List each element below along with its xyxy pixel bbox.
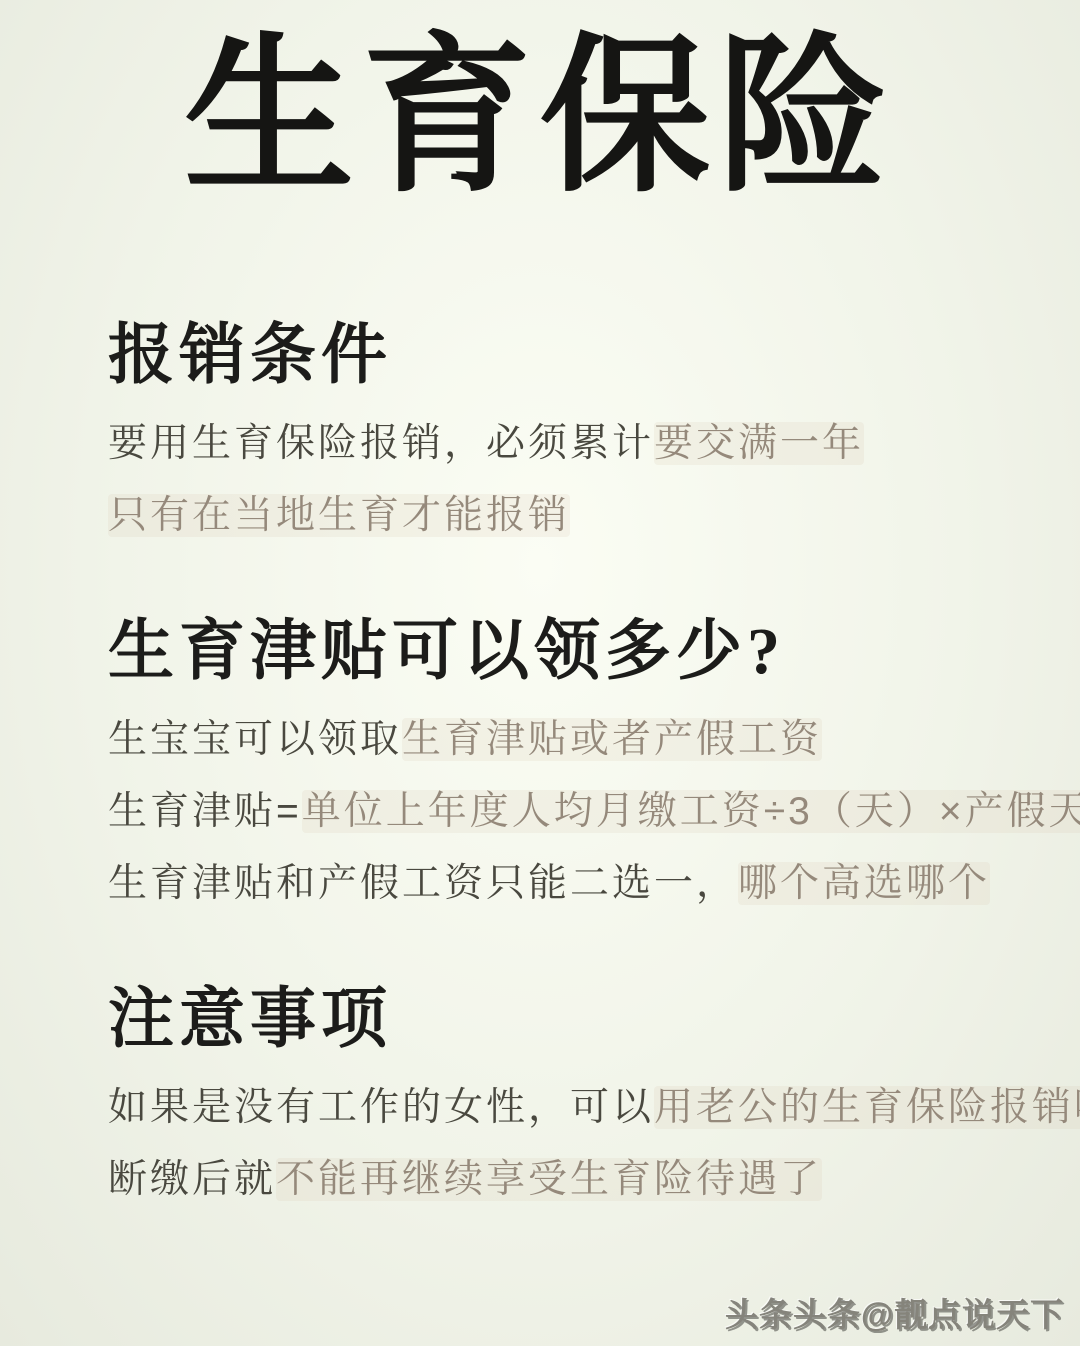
page-title: 生育保险 <box>0 0 1080 220</box>
text-line: 生育津贴和产假工资只能二选一，哪个高选哪个 <box>108 848 1040 920</box>
text-segment-highlight: 只有在当地生育才能报销 <box>108 494 570 537</box>
text-line: 只有在当地生育才能报销 <box>108 480 1040 552</box>
text-segment: 生宝宝可以领取 <box>108 718 402 761</box>
text-segment: 生育津贴= <box>108 790 302 833</box>
text-segment: 生育津贴和产假工资只能二选一， <box>108 862 738 905</box>
text-line: 生宝宝可以领取生育津贴或者产假工资 <box>108 704 1040 776</box>
text-line: 生育津贴=单位上年度人均月缴工资÷3（天）×产假天数 <box>108 776 1040 848</box>
section-reimbursement-conditions: 报销条件 要用生育保险报销，必须累计要交满一年 只有在当地生育才能报销 <box>108 318 1040 552</box>
text-segment-highlight: 哪个高选哪个 <box>738 862 990 905</box>
section-heading: 注意事项 <box>108 982 1040 1058</box>
text-line: 断缴后就不能再继续享受生育险待遇了 <box>108 1144 1040 1216</box>
text-segment-highlight: 要交满一年 <box>654 422 864 465</box>
text-segment: 断缴后就 <box>108 1158 276 1201</box>
section-heading: 报销条件 <box>108 318 1040 394</box>
content-area: 报销条件 要用生育保险报销，必须累计要交满一年 只有在当地生育才能报销 生育津贴… <box>0 318 1080 1216</box>
text-segment: 要用生育保险报销，必须累计 <box>108 422 654 465</box>
text-segment-highlight: 用老公的生育保险报销哦 <box>654 1086 1080 1129</box>
section-heading: 生育津贴可以领多少? <box>108 614 1040 690</box>
section-notes: 注意事项 如果是没有工作的女性，可以用老公的生育保险报销哦 断缴后就不能再继续享… <box>108 982 1040 1216</box>
text-segment: 如果是没有工作的女性，可以 <box>108 1086 654 1129</box>
text-segment-highlight: 单位上年度人均月缴工资÷3（天）×产假天数 <box>302 790 1080 833</box>
watermark: 头条头条@靓点说天下 <box>725 1289 1064 1336</box>
text-line: 如果是没有工作的女性，可以用老公的生育保险报销哦 <box>108 1072 1040 1144</box>
text-line: 要用生育保险报销，必须累计要交满一年 <box>108 408 1040 480</box>
text-segment-highlight: 不能再继续享受生育险待遇了 <box>276 1158 822 1201</box>
maternity-insurance-infographic: 生育保险 报销条件 要用生育保险报销，必须累计要交满一年 只有在当地生育才能报销… <box>0 0 1080 1346</box>
text-segment-highlight: 生育津贴或者产假工资 <box>402 718 822 761</box>
section-allowance-amount: 生育津贴可以领多少? 生宝宝可以领取生育津贴或者产假工资 生育津贴=单位上年度人… <box>108 614 1040 920</box>
